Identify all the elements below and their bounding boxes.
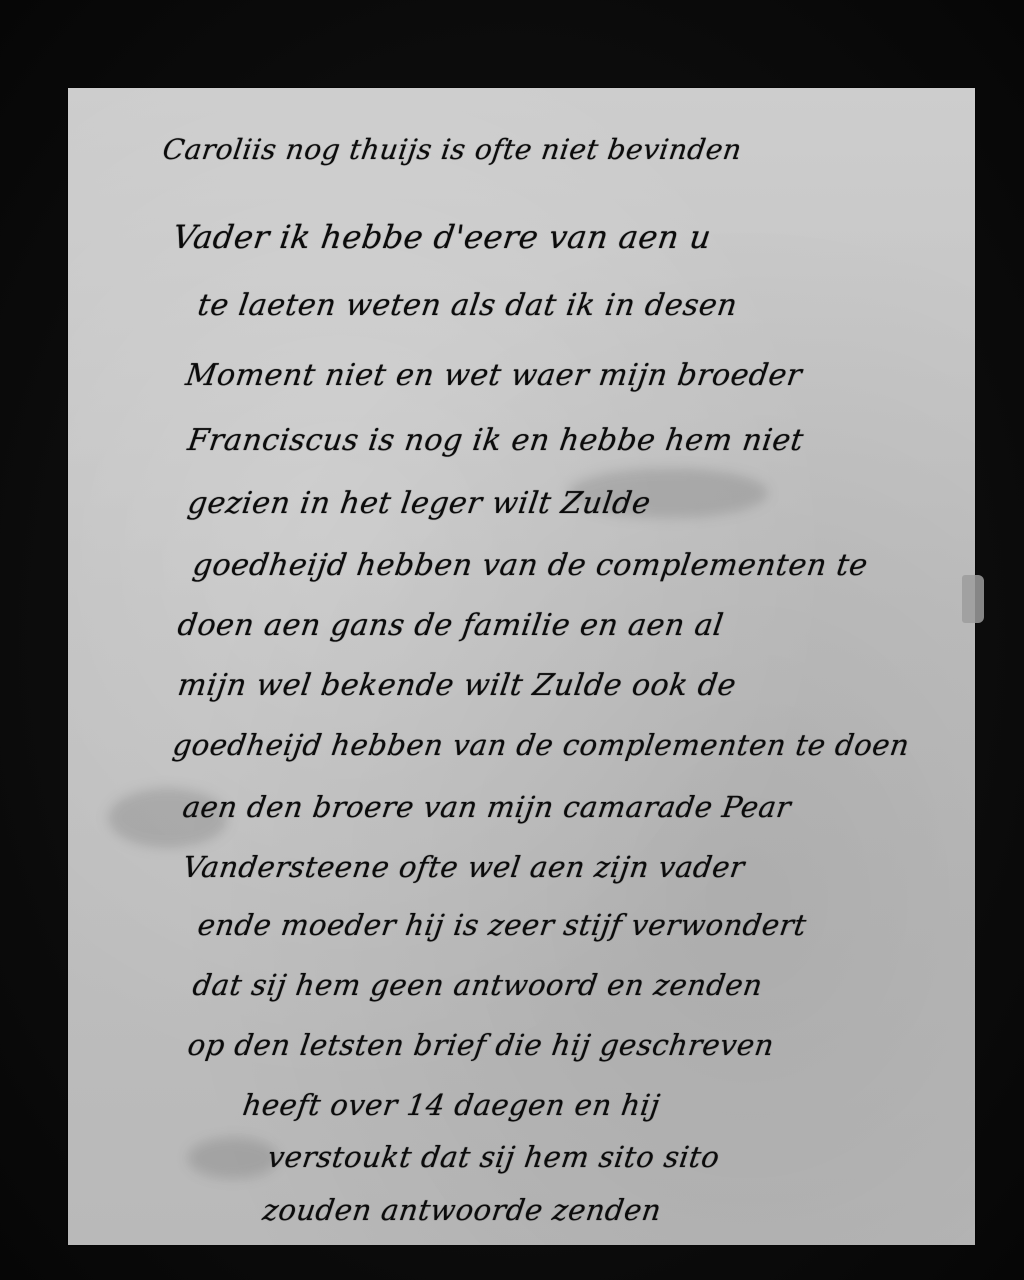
- text-line: te laeten weten als dat ik in desen: [196, 288, 740, 323]
- text-line: zouden antwoorde zenden: [261, 1193, 664, 1227]
- text-line: verstoukt dat sij hem sito sito: [266, 1140, 722, 1174]
- text-line: Vandersteene ofte wel aen zijn vader: [181, 850, 747, 884]
- text-line: heeft over 14 daegen en hij: [241, 1088, 663, 1122]
- text-line: Franciscus is nog ik en hebbe hem niet: [186, 423, 806, 458]
- text-line: Caroliis nog thuijs is ofte niet bevinde…: [161, 133, 744, 166]
- text-line: mijn wel bekende wilt Zulde ook de: [176, 668, 739, 703]
- text-line: goedheijd hebben van de complementen te …: [171, 728, 912, 762]
- letter-page: Caroliis nog thuijs is ofte niet bevinde…: [68, 88, 975, 1245]
- text-line: goedheijd hebben van de complementen te: [191, 548, 870, 583]
- text-line: aen den broere van mijn camarade Pear: [181, 790, 794, 824]
- text-line: doen aen gans de familie en aen al: [176, 608, 726, 643]
- text-line: Moment niet en wet waer mijn broeder: [184, 358, 805, 393]
- text-line: op den letsten brief die hij geschreven: [186, 1028, 777, 1062]
- handwritten-text: Caroliis nog thuijs is ofte niet bevinde…: [68, 88, 975, 1245]
- paper-fold-tab: [962, 575, 984, 623]
- text-line: Vader ik hebbe d'eere van aen u: [170, 218, 713, 256]
- text-line: dat sij hem geen antwoord en zenden: [191, 968, 765, 1002]
- text-line: gezien in het leger wilt Zulde: [186, 486, 653, 521]
- text-line: ende moeder hij is zeer stijf verwondert: [196, 908, 809, 942]
